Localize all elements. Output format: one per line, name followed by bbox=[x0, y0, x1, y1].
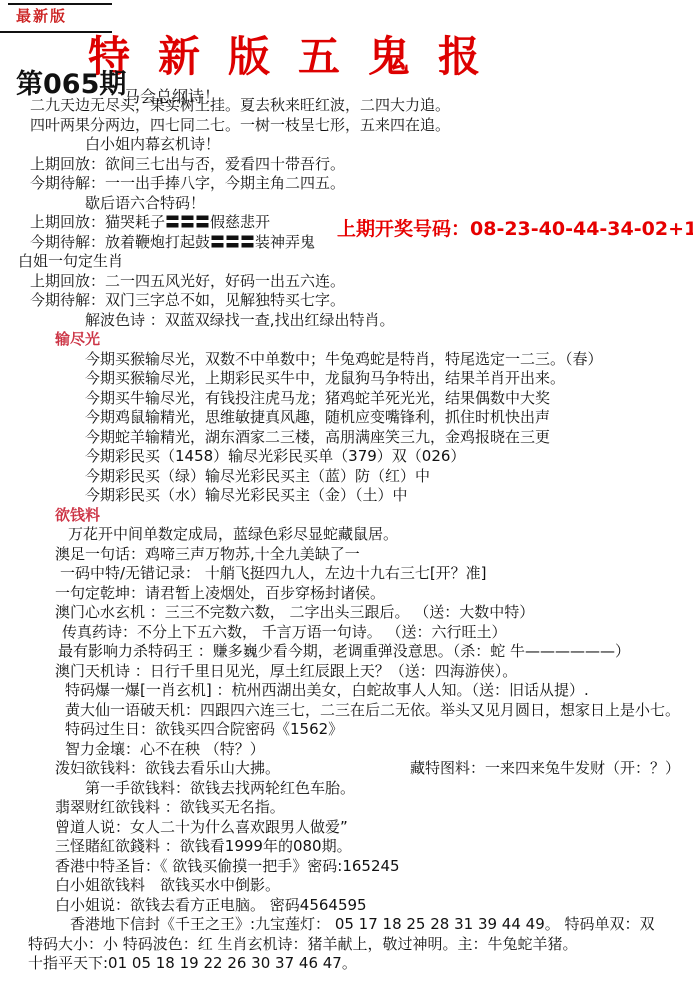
line-text: 澳门心水玄机 ：三三不完数六数， 二字出头三跟后。 （送：大数中特） bbox=[55, 603, 534, 621]
line-text: 欲钱料 bbox=[55, 506, 100, 524]
line-text: 白小姐说：欲钱去看方正电脑。 密码4564595 bbox=[55, 896, 367, 914]
content-line: 今期蛇羊输精光，湖东酒家二三楼，高朋满座笑三九，金鸡报晓在三更 bbox=[0, 428, 693, 448]
content-line: 上期回放：猫哭耗子〓〓〓假慈悲开 bbox=[0, 213, 693, 233]
line-text: 今期彩民买（绿）输尽光彩民买主（蓝）防（红）中 bbox=[85, 467, 430, 485]
content-line: 万花开中间单数定成局，蓝绿色彩尽显蛇藏鼠居。 bbox=[0, 525, 693, 545]
content-line: 二九天边无尽头，果实树上挂。夏去秋来旺红波，二四大力追。 bbox=[0, 96, 693, 116]
line-text: 澳门天机诗 ：日行千里日见光，厚土红辰跟上天？（送：四海游侠）。 bbox=[55, 662, 517, 680]
content-line: 白小姐说：欲钱去看方正电脑。 密码4564595 bbox=[0, 896, 693, 916]
content-line: 第一手欲钱料：欲钱去找两轮红色车胎。 bbox=[0, 779, 693, 799]
line-text: 最有影响力杀特码王 ：赚多巍少看今期，老调重弹没意思。（杀：蛇 牛——————） bbox=[58, 642, 630, 660]
line-text: 黄大仙一语破天机：四跟四六连三七，二三在后二无依。举头又见月圆日，想家日上是小七… bbox=[65, 701, 680, 719]
line-text: 特码过生日：欲钱买四合院密码《1562》 bbox=[65, 720, 343, 738]
content-line: 香港地下信封《千王之王》:九宝莲灯： 05 17 18 25 28 31 39 … bbox=[0, 915, 693, 935]
content-line: 今期待解：一一出手捧八字，今期主角二四五。 bbox=[0, 174, 693, 194]
content-line: 今期买牛输尽光，有钱投注虎马龙；猪鸡蛇羊死光光，结果偶数中大奖 bbox=[0, 389, 693, 409]
line-text: 十指平天下:01 05 18 19 22 26 30 37 46 47。 bbox=[28, 954, 357, 972]
line-text: 二九天边无尽头，果实树上挂。夏去秋来旺红波，二四大力追。 bbox=[30, 96, 450, 114]
line-text: 万花开中间单数定成局，蓝绿色彩尽显蛇藏鼠居。 bbox=[68, 525, 398, 543]
line-text: 解波色诗 ：双蓝双绿找一查,找出红绿出特肖。 bbox=[85, 311, 395, 329]
content-line: 曾道人说：女人二十为什么喜欢跟男人做爱” bbox=[0, 818, 693, 838]
content-line: 澳门心水玄机 ：三三不完数六数， 二字出头三跟后。 （送：大数中特） bbox=[0, 603, 693, 623]
content-line: 三怪賭紅欲錢料 ：欲钱看1999年的080期。 bbox=[0, 837, 693, 857]
five-ghost-report-page: 最新版 特新版五鬼报 第065期 马会总纲诗！ 上期开奖号码：08-23-40-… bbox=[0, 0, 693, 981]
line-text: 一码中特/无错记录： 十艄飞挺四九人，左边十九右三七[开？准] bbox=[60, 564, 487, 582]
line-text: 智力金壤：心不在秧 （特？） bbox=[65, 740, 265, 758]
line-text: 四叶两果分两边，四七同二七。一树一枝呈七形，五来四在追。 bbox=[30, 116, 450, 134]
line-text: 白姐一句定生肖 bbox=[18, 252, 123, 270]
line-text: 今期买猴输尽光，双数不中单数中；牛兔鸡蛇是特肖，特尾选定一二三。（春） bbox=[85, 350, 603, 368]
content-line: 今期彩民买（1458）输尽光彩民买单（379）双（026） bbox=[0, 447, 693, 467]
line-text: 今期蛇羊输精光，湖东酒家二三楼，高朋满座笑三九，金鸡报晓在三更 bbox=[85, 428, 550, 446]
latest-edition-badge: 最新版 bbox=[16, 5, 67, 26]
content-line: 今期彩民买（绿）输尽光彩民买主（蓝）防（红）中 bbox=[0, 467, 693, 487]
section-header: 欲钱料 bbox=[0, 506, 693, 526]
line-text: 歇后语六合特码！ bbox=[85, 194, 205, 212]
line-text: 澳足一句话：鸡啼三声万物苏,十全九美缺了一 bbox=[55, 545, 360, 563]
content-line: 白小姐欲钱料 欲钱买水中倒影。 bbox=[0, 876, 693, 896]
content-line: 今期买猴输尽光，上期彩民买牛中，龙鼠狗马争特出，结果羊肖开出来。 bbox=[0, 369, 693, 389]
content-line: 澳足一句话：鸡啼三声万物苏,十全九美缺了一 bbox=[0, 545, 693, 565]
content-line: 传真药诗：不分上下五六数， 千言万语一句诗。 （送：六行旺土） bbox=[0, 623, 693, 643]
content-line: 今期买猴输尽光，双数不中单数中；牛兔鸡蛇是特肖，特尾选定一二三。（春） bbox=[0, 350, 693, 370]
line-text: 今期彩民买（1458）输尽光彩民买单（379）双（026） bbox=[85, 447, 465, 465]
content-line: 今期彩民买（水）输尽光彩民买主（金）（土）中 bbox=[0, 486, 693, 506]
section-header: 输尽光 bbox=[0, 330, 693, 350]
content-line: 今期鸡鼠输精光，思维敏捷真风趣，随机应变嘴锋利，抓住时机快出声 bbox=[0, 408, 693, 428]
content-line: 智力金壤：心不在秧 （特？） bbox=[0, 740, 693, 760]
line-text: 香港地下信封《千王之王》:九宝莲灯： 05 17 18 25 28 31 39 … bbox=[70, 915, 655, 933]
content-line: 特码大小：小 特码波色：红 生肖玄机诗：猪羊献上，敬过神明。主：牛兔蛇羊猪。 bbox=[0, 935, 693, 955]
line-text: 今期待解：双门三字总不如，见解独特买七字。 bbox=[30, 291, 345, 309]
content-line: 今期待解：双门三字总不如，见解独特买七字。 bbox=[0, 291, 693, 311]
line-text: 上期回放：猫哭耗子〓〓〓假慈悲开 bbox=[30, 213, 270, 231]
content-line: 上期回放：二一四五风光好，好码一出五六连。 bbox=[0, 272, 693, 292]
page-title: 特新版五鬼报 bbox=[88, 24, 508, 84]
line-text: 特码爆一爆[一肖玄机] ：杭州西湖出美女，白蛇故事人人知。（送：旧话从提）. bbox=[65, 681, 589, 699]
line-text: 香港中特圣旨：《 欲钱买偷摸一把手》密码:165245 bbox=[55, 857, 400, 875]
line-text: 翡翠财红欲钱料 ：欲钱买无名指。 bbox=[55, 798, 285, 816]
content-line: 特码过生日：欲钱买四合院密码《1562》 bbox=[0, 720, 693, 740]
content-line: 今期待解：放着鞭炮打起鼓〓〓〓装神弄鬼 bbox=[0, 233, 693, 253]
content-line: 翡翠财红欲钱料 ：欲钱买无名指。 bbox=[0, 798, 693, 818]
line-text: 今期买猴输尽光，上期彩民买牛中，龙鼠狗马争特出，结果羊肖开出来。 bbox=[85, 369, 565, 387]
line-text: 白小姐欲钱料 欲钱买水中倒影。 bbox=[55, 876, 280, 894]
content-line: 澳门天机诗 ：日行千里日见光，厚土红辰跟上天？（送：四海游侠）。 bbox=[0, 662, 693, 682]
line-text: 白小姐内幕玄机诗！ bbox=[85, 135, 220, 153]
line-text: 第一手欲钱料：欲钱去找两轮红色车胎。 bbox=[85, 779, 355, 797]
line-text: 今期待解：放着鞭炮打起鼓〓〓〓装神弄鬼 bbox=[30, 233, 315, 251]
line-text: 泼妇欲钱料：欲钱去看乐山大拂。 bbox=[55, 759, 280, 777]
content-line: 一码中特/无错记录： 十艄飞挺四九人，左边十九右三七[开？准] bbox=[0, 564, 693, 584]
content-line: 泼妇欲钱料：欲钱去看乐山大拂。藏特图料：一来四来兔牛发财（开：？） bbox=[0, 759, 693, 779]
content-line: 十指平天下:01 05 18 19 22 26 30 37 46 47。 bbox=[0, 954, 693, 974]
line-text: 输尽光 bbox=[55, 330, 100, 348]
line-text: 三怪賭紅欲錢料 ：欲钱看1999年的080期。 bbox=[55, 837, 352, 855]
line-text: 一句定乾坤：请君暂上凌烟处，百步穿杨封诸侯。 bbox=[55, 584, 385, 602]
line-text: 今期彩民买（水）输尽光彩民买主（金）（土）中 bbox=[85, 486, 408, 504]
line-text: 今期鸡鼠输精光，思维敏捷真风趣，随机应变嘴锋利，抓住时机快出声 bbox=[85, 408, 550, 426]
content-line: 歇后语六合特码！ bbox=[0, 194, 693, 214]
content-line: 四叶两果分两边，四七同二七。一树一枝呈七形，五来四在追。 bbox=[0, 116, 693, 136]
content-line: 黄大仙一语破天机：四跟四六连三七，二三在后二无依。举头又见月圆日，想家日上是小七… bbox=[0, 701, 693, 721]
content-line: 一句定乾坤：请君暂上凌烟处，百步穿杨封诸侯。 bbox=[0, 584, 693, 604]
content-line: 解波色诗 ：双蓝双绿找一查,找出红绿出特肖。 bbox=[0, 311, 693, 331]
content-lines: 二九天边无尽头，果实树上挂。夏去秋来旺红波，二四大力追。四叶两果分两边，四七同二… bbox=[0, 96, 693, 974]
content-line: 白小姐内幕玄机诗！ bbox=[0, 135, 693, 155]
content-line: 特码爆一爆[一肖玄机] ：杭州西湖出美女，白蛇故事人人知。（送：旧话从提）. bbox=[0, 681, 693, 701]
content-line: 最有影响力杀特码王 ：赚多巍少看今期，老调重弹没意思。（杀：蛇 牛——————） bbox=[0, 642, 693, 662]
content-line: 上期回放：欲间三七出与否，爱看四十带吾行。 bbox=[0, 155, 693, 175]
line-text: 传真药诗：不分上下五六数， 千言万语一句诗。 （送：六行旺土） bbox=[62, 623, 507, 641]
line-text: 曾道人说：女人二十为什么喜欢跟男人做爱” bbox=[55, 818, 348, 836]
line-text: 今期待解：一一出手捧八字，今期主角二四五。 bbox=[30, 174, 345, 192]
content-line: 白姐一句定生肖 bbox=[0, 252, 693, 272]
line-text: 上期回放：二一四五风光好，好码一出五六连。 bbox=[30, 272, 345, 290]
content-line: 香港中特圣旨：《 欲钱买偷摸一把手》密码:165245 bbox=[0, 857, 693, 877]
line-text: 特码大小：小 特码波色：红 生肖玄机诗：猪羊献上，敬过神明。主：牛兔蛇羊猪。 bbox=[28, 935, 578, 953]
line-text: 今期买牛输尽光，有钱投注虎马龙；猪鸡蛇羊死光光，结果偶数中大奖 bbox=[85, 389, 550, 407]
line-text: 上期回放：欲间三七出与否，爱看四十带吾行。 bbox=[30, 155, 345, 173]
line-right-text: 藏特图料：一来四来兔牛发财（开：？） bbox=[410, 759, 680, 779]
